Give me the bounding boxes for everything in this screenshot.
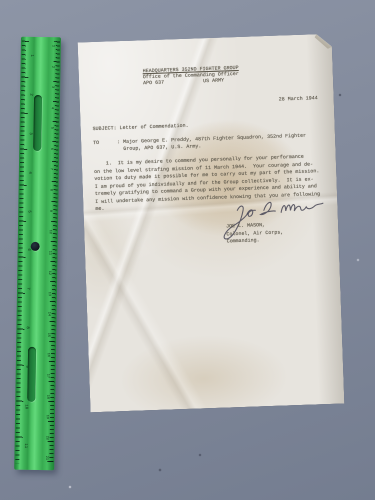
ruler-number: 11 [47,250,51,254]
letter-body-paragraph: 1. It is my desire to commend you person… [94,153,321,213]
ruler-number: 19 [44,415,48,419]
ruler-number: 9 [47,209,51,213]
photo-background: 1234567891011 12345678910111213141516171… [0,0,375,500]
letter-subject-to-block: SUBJECT: Letter of Commendation. TO : Ma… [93,119,307,154]
ruler-number: 10 [24,404,28,409]
ruler-slot-top [33,95,42,151]
ruler-slot-bottom [27,347,36,402]
ruler-number: 8 [25,327,29,332]
ruler-number: 16 [45,353,49,357]
signature-typed-block: JOE L. MASON,Colonel, Air Corps,Commandi… [226,221,284,245]
ruler-number: 15 [45,333,49,337]
ruler-hanging-hole [31,242,40,251]
letter-date: 28 March 1944 [279,95,318,102]
ruler-number: 18 [44,394,48,398]
ruler-number: 10 [47,230,51,234]
ruler-number: 6 [26,249,30,254]
green-ruler: 1234567891011 12345678910111213141516171… [14,37,61,471]
letter-header: HEADQUARTERS 352ND FIGHTER GROUPOffice o… [143,65,240,86]
ruler-number: 7 [48,168,52,172]
paper-crease-overlay [78,34,345,413]
folded-corner [314,34,332,50]
ruler-number: 2 [50,65,54,69]
ruler-number: 13 [46,292,50,296]
ruler-number: 7 [25,288,29,293]
ruler-number: 4 [27,171,31,176]
ruler-number: 3 [49,86,53,90]
letter-paper: HEADQUARTERS 352ND FIGHTER GROUPOffice o… [78,34,345,413]
ruler-number: 12 [46,271,50,275]
ruler-number: 5 [27,210,31,215]
ruler-number: 1 [29,54,33,59]
ruler-number: 2 [28,93,32,98]
ruler-number: 20 [44,435,48,439]
signature-line: Commanding. [227,236,284,245]
ruler-number: 6 [48,148,52,152]
ruler-number: 11 [23,443,27,448]
ruler-number: 17 [45,374,49,378]
ruler-number: 5 [49,127,53,131]
ruler-number: 3 [28,132,32,137]
ruler-number: 8 [48,189,52,193]
ruler-number: 14 [46,312,50,316]
ruler-number: 4 [49,106,53,110]
ruler-number: 21 [44,456,48,460]
ruler-number: 1 [50,45,54,49]
